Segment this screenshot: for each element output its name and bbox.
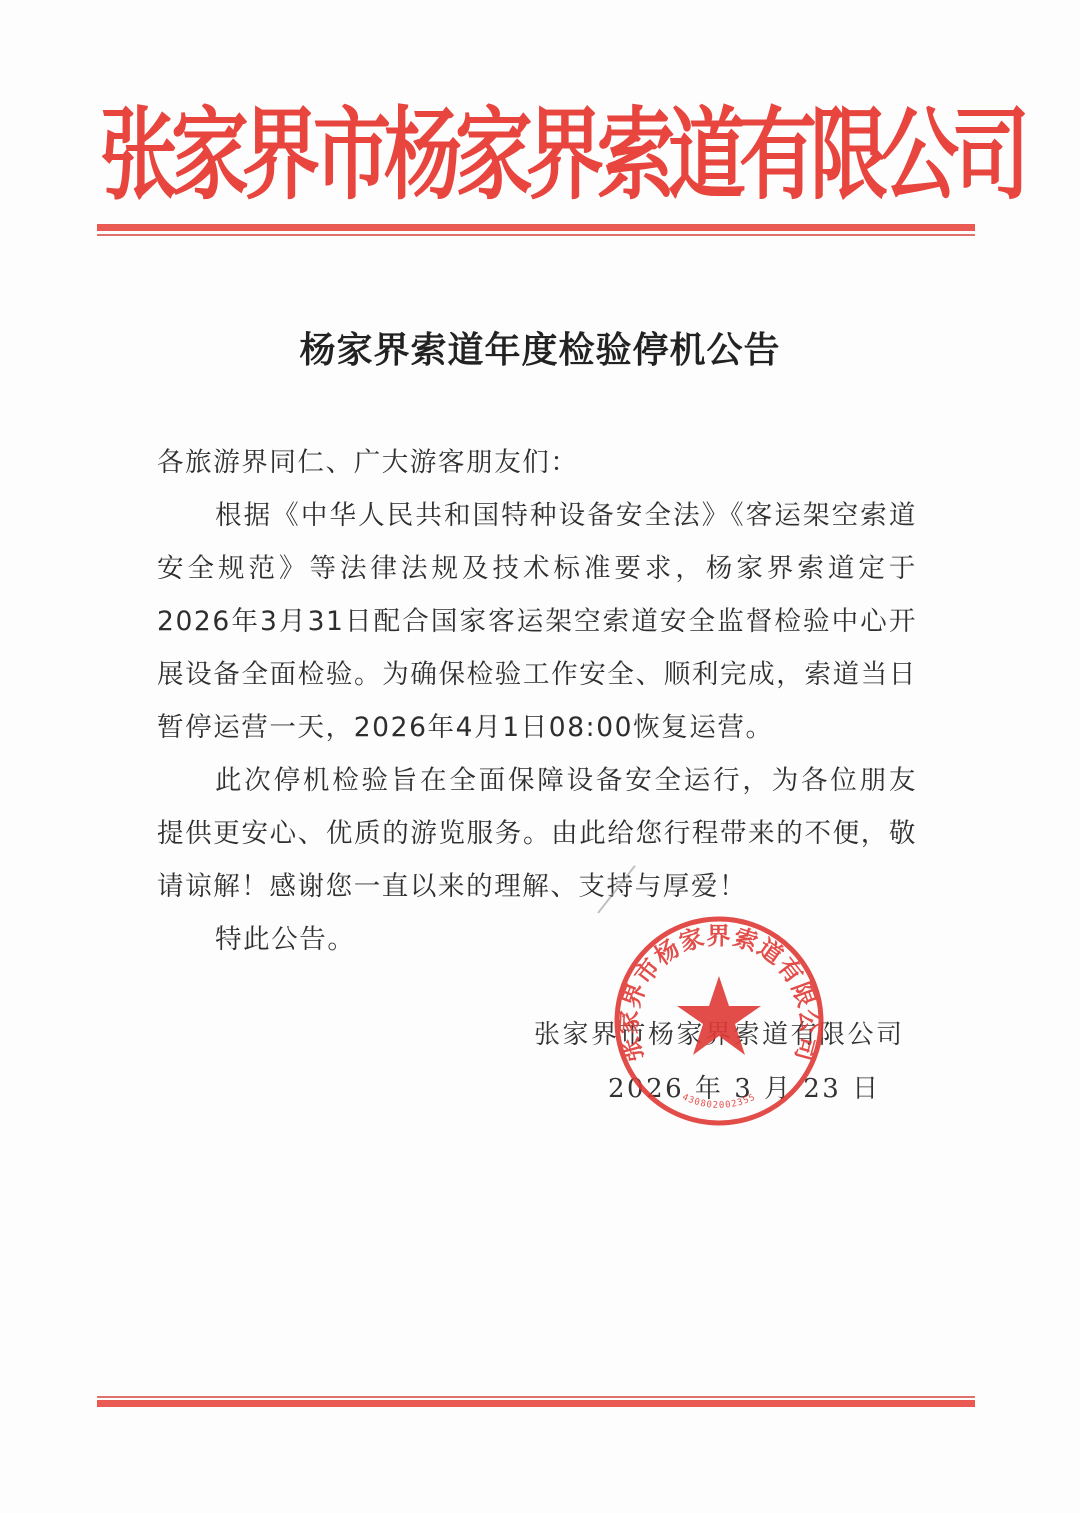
bottom-divider-thick	[97, 1400, 975, 1407]
letterhead-company-name: 张 家 界 市 杨 家 界 索 道 有 限 公 司	[100, 96, 970, 216]
signature-organization: 张家界市杨家界索道有限公司	[534, 1014, 905, 1051]
letterhead-char: 家	[171, 106, 242, 206]
document-title: 杨家界索道年度检验停机公告	[0, 322, 1080, 373]
paragraph-notice: 根据《中华人民共和国特种设备安全法》《客运架空索道安全规范》等法律法规及技术标准…	[157, 489, 917, 754]
paragraph-apology: 此次停机检验旨在全面保障设备安全运行，为各位朋友提供更安心、优质的游览服务。由此…	[157, 754, 917, 913]
paragraph-closing: 特此公告。	[157, 913, 917, 966]
letterhead-char: 道	[668, 106, 739, 206]
letterhead-char: 公	[881, 106, 952, 206]
letterhead-char: 司	[952, 106, 1023, 206]
bottom-divider-thin	[97, 1396, 975, 1398]
letterhead-char: 界	[526, 106, 597, 206]
letterhead-char: 杨	[384, 106, 455, 206]
letterhead-char: 市	[313, 106, 384, 206]
document-body: 各旅游界同仁、广大游客朋友们： 根据《中华人民共和国特种设备安全法》《客运架空索…	[157, 436, 917, 966]
letterhead-char: 张	[100, 106, 171, 206]
top-divider-thick	[97, 224, 975, 231]
top-divider-thin	[97, 234, 975, 236]
letterhead-char: 家	[455, 106, 526, 206]
salutation: 各旅游界同仁、广大游客朋友们：	[157, 436, 917, 489]
letterhead-char: 索	[597, 106, 668, 206]
letterhead-char: 有	[739, 106, 810, 206]
letterhead-char: 限	[810, 106, 881, 206]
letterhead-char: 界	[242, 106, 313, 206]
signature-date: 2026 年 3 月 23 日	[608, 1068, 881, 1105]
